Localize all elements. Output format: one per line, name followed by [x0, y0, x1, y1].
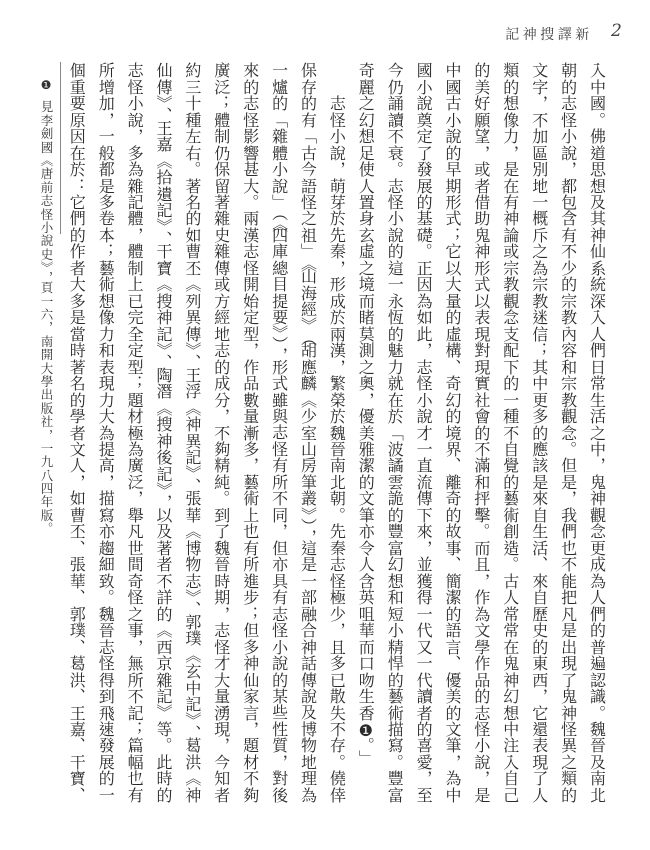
glyph: 山 — [294, 268, 323, 284]
text-column-paragraph-start: 志怪小說，萌芽於先秦，形成於兩漢，繁榮於魏晉南北朝。先秦志怪極少，且多已散失不存… — [322, 62, 351, 803]
glyph: 種 — [178, 111, 207, 127]
glyph: 志 — [37, 194, 55, 207]
glyph: 》 — [149, 704, 178, 720]
glyph: 胡 — [294, 342, 323, 358]
glyph: 經 — [207, 309, 236, 325]
glyph: 借 — [467, 194, 496, 210]
glyph: 觀 — [496, 293, 525, 309]
glyph: 記 — [178, 449, 207, 465]
glyph: 期 — [438, 177, 467, 193]
glyph: 王 — [62, 704, 91, 720]
glyph: 而 — [351, 638, 380, 654]
glyph: 筆 — [438, 737, 467, 753]
glyph: 是 — [496, 161, 525, 177]
glyph: 或 — [207, 276, 236, 292]
glyph: 定 — [409, 128, 438, 144]
glyph: 說 — [120, 111, 149, 127]
glyph: 純 — [207, 474, 236, 490]
glyph: 型 — [236, 326, 265, 342]
glyph: 自 — [525, 589, 554, 605]
glyph: 愛 — [409, 754, 438, 770]
glyph: 今 — [380, 62, 409, 78]
glyph: 配 — [496, 342, 525, 358]
glyph: 式 — [265, 375, 294, 391]
glyph: 含 — [554, 210, 583, 226]
glyph: 多 — [91, 194, 120, 210]
glyph: 玄 — [178, 663, 207, 679]
glyph: 神 — [496, 671, 525, 687]
glyph: 如 — [62, 490, 91, 506]
glyph: 美 — [467, 78, 496, 94]
glyph: 著 — [207, 194, 236, 210]
glyph: 極 — [120, 424, 149, 440]
glyph: 小 — [265, 638, 294, 654]
glyph: 力 — [380, 358, 409, 374]
glyph: 八 — [37, 468, 55, 481]
glyph: 抨 — [467, 490, 496, 506]
glyph: 於 — [62, 161, 91, 177]
glyph: 流 — [409, 474, 438, 490]
glyph: 華 — [178, 507, 207, 523]
glyph: 現 — [554, 655, 583, 671]
glyph: 西 — [525, 671, 554, 687]
glyph: 《 — [294, 256, 323, 268]
glyph: 的 — [583, 622, 612, 638]
glyph: 像 — [91, 309, 120, 325]
glyph: 小 — [322, 128, 351, 144]
glyph: 怪 — [120, 78, 149, 94]
glyph: 也 — [120, 770, 149, 786]
glyph: 倖 — [322, 787, 351, 803]
glyph: 記 — [149, 465, 178, 481]
text-column: 中國古小說的早期形式；它以大量的虛構、奇幻的境界、離奇的故事、簡潔的語言、優美的… — [438, 62, 467, 803]
glyph: 加 — [91, 95, 120, 111]
glyph: 增 — [91, 78, 120, 94]
text-column: 來的志怪影響甚大。兩漢志怪開始定型，作品數量漸多，藝術上也有所進步；但多神仙家言… — [236, 62, 265, 803]
glyph: 虛 — [438, 326, 467, 342]
glyph: 有 — [236, 540, 265, 556]
glyph: 己 — [496, 787, 525, 803]
glyph: 漢 — [236, 227, 265, 243]
glyph: 表 — [91, 358, 120, 374]
glyph: ， — [409, 770, 438, 786]
glyph: 筆 — [351, 507, 380, 523]
glyph: 甚 — [236, 161, 265, 177]
glyph: 注 — [496, 737, 525, 753]
glyph: 教 — [496, 276, 525, 292]
glyph: 創 — [496, 523, 525, 539]
glyph: 的 — [409, 194, 438, 210]
glyph: 王 — [178, 367, 207, 383]
glyph: 、 — [178, 725, 207, 737]
glyph: 奇 — [120, 573, 149, 589]
glyph: 一 — [37, 294, 55, 307]
glyph: 《 — [294, 391, 323, 407]
glyph: 的 — [380, 326, 409, 342]
glyph: 來 — [409, 523, 438, 539]
glyph: 的 — [265, 95, 294, 111]
glyph: 覺 — [496, 457, 525, 473]
glyph: 身 — [351, 210, 380, 226]
glyph: 者 — [62, 260, 91, 276]
glyph: 體 — [120, 210, 149, 226]
glyph: 社 — [467, 391, 496, 407]
glyph: 。 — [583, 111, 612, 127]
glyph: 是 — [525, 474, 554, 490]
glyph: 著 — [178, 177, 207, 193]
glyph: 英 — [351, 589, 380, 605]
glyph: 了 — [554, 671, 583, 687]
glyph: ， — [265, 754, 294, 770]
glyph: 式 — [438, 210, 467, 226]
glyph: 神 — [236, 655, 265, 671]
glyph: ， — [322, 161, 351, 177]
glyph: 為 — [409, 293, 438, 309]
glyph: 生 — [525, 523, 554, 539]
glyph: 人 — [583, 589, 612, 605]
glyph: 體 — [207, 111, 236, 127]
glyph: 小 — [554, 128, 583, 144]
glyph: 亦 — [91, 523, 120, 539]
glyph: 經 — [294, 301, 323, 317]
glyph: 記 — [149, 688, 178, 704]
glyph: 多 — [322, 655, 351, 671]
glyph: 數 — [236, 391, 265, 407]
glyph: 泛 — [120, 474, 149, 490]
glyph: 記 — [120, 704, 149, 720]
glyph: 。 — [583, 704, 612, 720]
glyph: 已 — [120, 293, 149, 309]
glyph: 表 — [467, 309, 496, 325]
glyph: 麟 — [294, 375, 323, 391]
glyph: 教 — [554, 309, 583, 325]
glyph: 漢 — [322, 342, 351, 358]
glyph: 量 — [207, 688, 236, 704]
glyph: 如 — [178, 227, 207, 243]
glyph: 豐 — [380, 770, 409, 786]
glyph: 《 — [178, 276, 207, 292]
glyph: 此 — [409, 326, 438, 342]
glyph: 怪 — [120, 589, 149, 605]
glyph: 代 — [409, 671, 438, 687]
glyph: 一 — [409, 655, 438, 671]
glyph: 亦 — [351, 523, 380, 539]
glyph: 飛 — [91, 704, 120, 720]
glyph: 的 — [380, 243, 409, 259]
glyph: 把 — [554, 589, 583, 605]
glyph: 幻 — [438, 391, 467, 407]
glyph: 是 — [294, 556, 323, 572]
glyph: 為 — [294, 787, 323, 803]
glyph: ， — [265, 347, 294, 358]
glyph: 後 — [265, 787, 294, 803]
glyph: 常 — [496, 605, 525, 621]
glyph: 不 — [525, 111, 554, 127]
glyph: 想 — [351, 128, 380, 144]
glyph: 題 — [236, 737, 265, 753]
glyph: 日 — [583, 358, 612, 374]
glyph: 小 — [37, 221, 55, 234]
glyph: 所 — [120, 671, 149, 687]
glyph: 奇 — [438, 375, 467, 391]
glyph: 怪 — [294, 194, 323, 210]
glyph: 者 — [409, 704, 438, 720]
glyph: 般 — [91, 144, 120, 160]
glyph: 》 — [178, 465, 207, 477]
glyph: 志 — [554, 95, 583, 111]
glyph: 們 — [554, 523, 583, 539]
glyph: 進 — [236, 573, 265, 589]
glyph: 信 — [525, 326, 554, 342]
glyph: 西 — [149, 638, 178, 654]
glyph: 的 — [438, 704, 467, 720]
glyph: 想 — [496, 704, 525, 720]
glyph: 的 — [207, 358, 236, 374]
glyph: 現 — [525, 754, 554, 770]
glyph: 作 — [467, 655, 496, 671]
glyph: 是 — [554, 474, 583, 490]
glyph: 現 — [207, 721, 236, 737]
glyph: 宗 — [554, 375, 583, 391]
glyph: 曹 — [178, 243, 207, 259]
glyph: 完 — [120, 309, 149, 325]
running-header-title: 新譯搜神記 — [504, 24, 594, 44]
glyph: 識 — [583, 688, 612, 704]
text-column: 所增加，一般都是多卷本；藝術想像力和表現力大為提高，描寫亦趨細致。魏晉志怪得到飛… — [91, 62, 120, 803]
glyph: 小 — [380, 210, 409, 226]
text-column: 文字，不加區別地一概斥之為宗教迷信；其中更多的應該是來自生活、來自歷史的東西，它… — [525, 62, 554, 803]
glyph: 《 — [37, 154, 55, 167]
glyph: 怪 — [91, 655, 120, 671]
glyph: 不 — [380, 128, 409, 144]
glyph: 說 — [467, 754, 496, 770]
glyph: 簡 — [438, 573, 467, 589]
glyph: 一 — [380, 276, 409, 292]
glyph: 記 — [178, 696, 207, 712]
glyph: 浮 — [178, 383, 207, 399]
glyph: 測 — [351, 342, 380, 358]
glyph: 並 — [409, 556, 438, 572]
glyph: ， — [409, 540, 438, 556]
glyph: 少 — [554, 260, 583, 276]
glyph: 生 — [351, 688, 380, 704]
glyph: 有 — [120, 787, 149, 803]
glyph: 於 — [322, 408, 351, 424]
glyph: ， — [207, 408, 236, 424]
glyph: 怪 — [265, 441, 294, 457]
glyph: 怪 — [409, 375, 438, 391]
glyph: 以 — [467, 293, 496, 309]
glyph: 多 — [120, 144, 149, 160]
glyph: 或 — [496, 243, 525, 259]
glyph: 同 — [265, 507, 294, 523]
glyph: 速 — [91, 721, 120, 737]
glyph: ， — [37, 321, 55, 334]
glyph: 譎 — [380, 457, 409, 473]
glyph: 右 — [178, 144, 207, 160]
glyph: 一 — [91, 128, 120, 144]
glyph: 讀 — [380, 111, 409, 127]
glyph: 造 — [496, 540, 525, 556]
glyph: 搜 — [149, 416, 178, 432]
glyph: ； — [207, 95, 236, 111]
glyph: 的 — [496, 375, 525, 391]
glyph: 」 — [351, 750, 380, 762]
glyph: 之 — [554, 754, 583, 770]
glyph: 這 — [294, 540, 323, 556]
glyph: 術 — [236, 490, 265, 506]
glyph: 對 — [467, 342, 496, 358]
glyph: 異 — [554, 737, 583, 753]
glyph: 《 — [149, 400, 178, 416]
glyph: 之 — [351, 95, 380, 111]
glyph: 干 — [62, 754, 91, 770]
glyph: 能 — [554, 573, 583, 589]
glyph: 說 — [380, 227, 409, 243]
glyph: ） — [294, 518, 323, 529]
glyph: ， — [149, 494, 178, 506]
glyph: 神 — [496, 210, 525, 226]
glyph: 的 — [496, 78, 525, 94]
glyph: 全 — [120, 326, 149, 342]
glyph: 遍 — [583, 655, 612, 671]
glyph: 仙 — [583, 243, 612, 259]
glyph: 大 — [438, 276, 467, 292]
glyph: 散 — [322, 688, 351, 704]
glyph: 時 — [149, 770, 178, 786]
glyph: 構 — [438, 342, 467, 358]
glyph: 作 — [62, 243, 91, 259]
glyph: 令 — [351, 540, 380, 556]
glyph: 開 — [236, 276, 265, 292]
glyph: 觀 — [583, 507, 612, 523]
glyph: 。 — [178, 161, 207, 177]
glyph: ， — [236, 457, 265, 473]
glyph: 要 — [265, 309, 294, 325]
glyph: 藝 — [91, 260, 120, 276]
glyph: 得 — [91, 671, 120, 687]
glyph: 了 — [525, 770, 554, 786]
glyph: 神 — [178, 787, 207, 803]
glyph: 不 — [265, 490, 294, 506]
glyph: 《 — [149, 276, 178, 292]
glyph: 包 — [554, 194, 583, 210]
glyph: 怪 — [554, 721, 583, 737]
glyph: 為 — [120, 441, 149, 457]
glyph: 的 — [380, 671, 409, 687]
glyph: 奧 — [351, 375, 380, 391]
glyph: 它 — [62, 194, 91, 210]
glyph: 美 — [438, 688, 467, 704]
glyph: 小 — [409, 78, 438, 94]
glyph: 》 — [149, 342, 178, 354]
glyph: 存 — [294, 78, 323, 94]
glyph: 房 — [294, 457, 323, 473]
glyph: ， — [322, 358, 351, 374]
glyph: 》 — [294, 317, 323, 329]
glyph: 玄 — [351, 227, 380, 243]
glyph: 容 — [554, 342, 583, 358]
glyph: 的 — [380, 507, 409, 523]
glyph: 念 — [583, 523, 612, 539]
glyph: 力 — [91, 391, 120, 407]
glyph: 更 — [583, 540, 612, 556]
glyph: 合 — [294, 622, 323, 638]
glyph: 神 — [467, 243, 496, 259]
glyph: 到 — [207, 507, 236, 523]
glyph: 知 — [207, 770, 236, 786]
glyph: 豐 — [380, 523, 409, 539]
glyph: 不 — [207, 424, 236, 440]
glyph: 該 — [525, 457, 554, 473]
glyph: 不 — [236, 770, 265, 786]
glyph: 現 — [467, 326, 496, 342]
glyph: 小 — [467, 737, 496, 753]
glyph: ， — [120, 128, 149, 144]
glyph: 與 — [265, 408, 294, 424]
glyph: 寶 — [149, 260, 178, 276]
glyph: 不 — [554, 243, 583, 259]
glyph: 記 — [149, 325, 178, 341]
glyph: ； — [438, 227, 467, 243]
glyph: 說 — [37, 234, 55, 247]
glyph: ， — [236, 721, 265, 737]
glyph: 一 — [91, 787, 120, 803]
glyph: 年 — [37, 495, 55, 508]
glyph: 室 — [294, 424, 323, 440]
glyph: 一 — [37, 441, 55, 454]
glyph: 。 — [322, 754, 351, 770]
glyph: 葛 — [178, 737, 207, 753]
glyph: 。 — [236, 194, 265, 210]
glyph: 實 — [467, 375, 496, 391]
glyph: 博 — [294, 721, 323, 737]
glyph: 的 — [438, 408, 467, 424]
glyph: 版 — [37, 508, 55, 521]
glyph: 》 — [149, 482, 178, 494]
glyph: 分 — [207, 391, 236, 407]
glyph: 來 — [525, 490, 554, 506]
glyph: 成 — [322, 293, 351, 309]
glyph: 式 — [467, 276, 496, 292]
glyph: 兩 — [322, 326, 351, 342]
glyph: 優 — [438, 671, 467, 687]
glyph: 觀 — [554, 408, 583, 424]
glyph: 界 — [438, 441, 467, 457]
glyph: 嘉 — [62, 721, 91, 737]
glyph: 之 — [351, 260, 380, 276]
glyph: 頁 — [37, 281, 55, 294]
glyph: 提 — [91, 441, 120, 457]
glyph: 的 — [265, 671, 294, 687]
glyph: 不 — [467, 441, 496, 457]
glyph: 魅 — [380, 342, 409, 358]
glyph: 展 — [409, 177, 438, 193]
glyph: 唐 — [37, 167, 55, 180]
glyph: 理 — [294, 770, 323, 786]
glyph: 定 — [236, 309, 265, 325]
glyph: 部 — [294, 589, 323, 605]
glyph: 材 — [120, 408, 149, 424]
glyph: 郭 — [62, 605, 91, 621]
text-column: 奇麗之幻想足使人置身玄虛之境而睹莫測之奧，優美雅潔的文筆亦令人含英咀華而口吻生香… — [351, 62, 380, 762]
glyph: 》 — [178, 712, 207, 724]
glyph: 多 — [236, 441, 265, 457]
glyph: 芽 — [322, 194, 351, 210]
page-number: 2 — [611, 21, 622, 41]
glyph: ， — [91, 474, 120, 490]
glyph: 叢 — [294, 490, 323, 506]
